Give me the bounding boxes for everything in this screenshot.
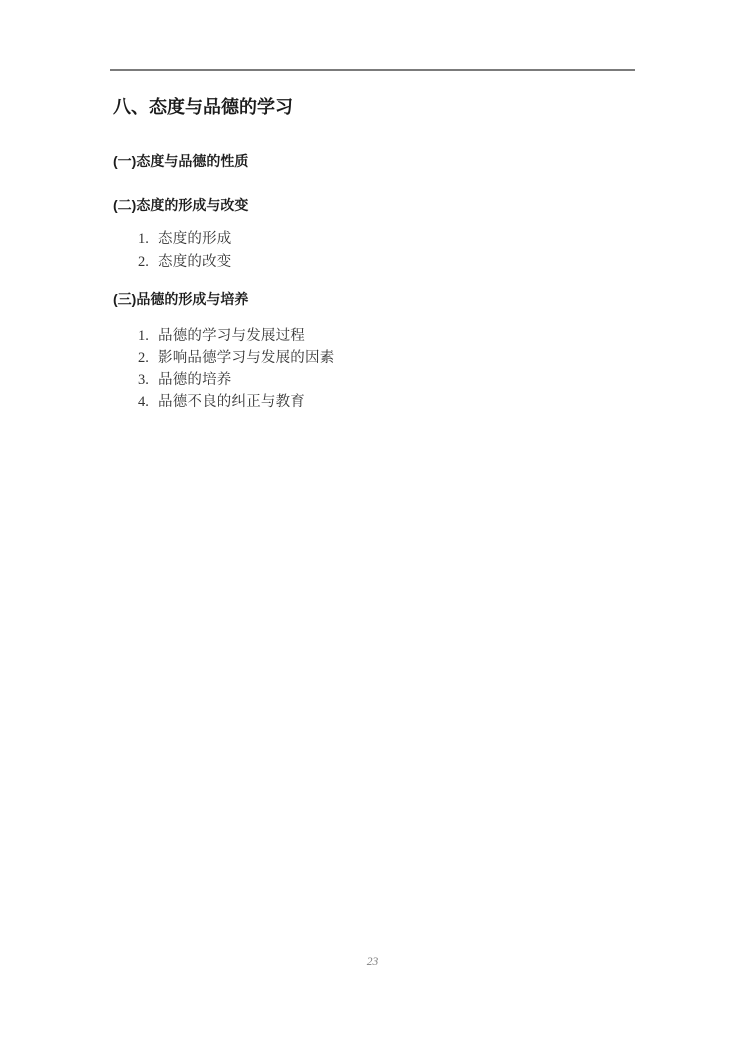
list-item: 2. 影响品德学习与发展的因素: [138, 347, 334, 369]
page-number: 23: [0, 956, 745, 968]
list-number: 2.: [138, 347, 158, 369]
list-text: 品德不良的纠正与教育: [158, 391, 305, 413]
list-item: 1. 态度的形成: [138, 228, 232, 251]
list-number: 1.: [138, 325, 158, 347]
section-heading-2: (二)态度的形成与改变: [113, 196, 248, 214]
section-2-list: 1. 态度的形成 2. 态度的改变: [138, 228, 232, 274]
list-item: 2. 态度的改变: [138, 251, 232, 274]
list-text: 态度的改变: [158, 251, 232, 274]
section-3-list: 1. 品德的学习与发展过程 2. 影响品德学习与发展的因素 3. 品德的培养 4…: [138, 325, 334, 413]
list-text: 态度的形成: [158, 228, 232, 251]
page-title: 八、态度与品德的学习: [113, 94, 293, 120]
section-heading-1: (一)态度与品德的性质: [113, 152, 248, 170]
section-heading-3: (三)品德的形成与培养: [113, 290, 248, 308]
list-number: 3.: [138, 369, 158, 391]
list-number: 1.: [138, 228, 158, 251]
document-page: 八、态度与品德的学习 (一)态度与品德的性质 (二)态度的形成与改变 1. 态度…: [0, 0, 745, 1053]
list-item: 3. 品德的培养: [138, 369, 334, 391]
list-number: 2.: [138, 251, 158, 274]
list-text: 品德的学习与发展过程: [158, 325, 305, 347]
header-rule: [110, 69, 635, 71]
list-item: 1. 品德的学习与发展过程: [138, 325, 334, 347]
list-text: 品德的培养: [158, 369, 232, 391]
list-text: 影响品德学习与发展的因素: [158, 347, 334, 369]
list-number: 4.: [138, 391, 158, 413]
list-item: 4. 品德不良的纠正与教育: [138, 391, 334, 413]
